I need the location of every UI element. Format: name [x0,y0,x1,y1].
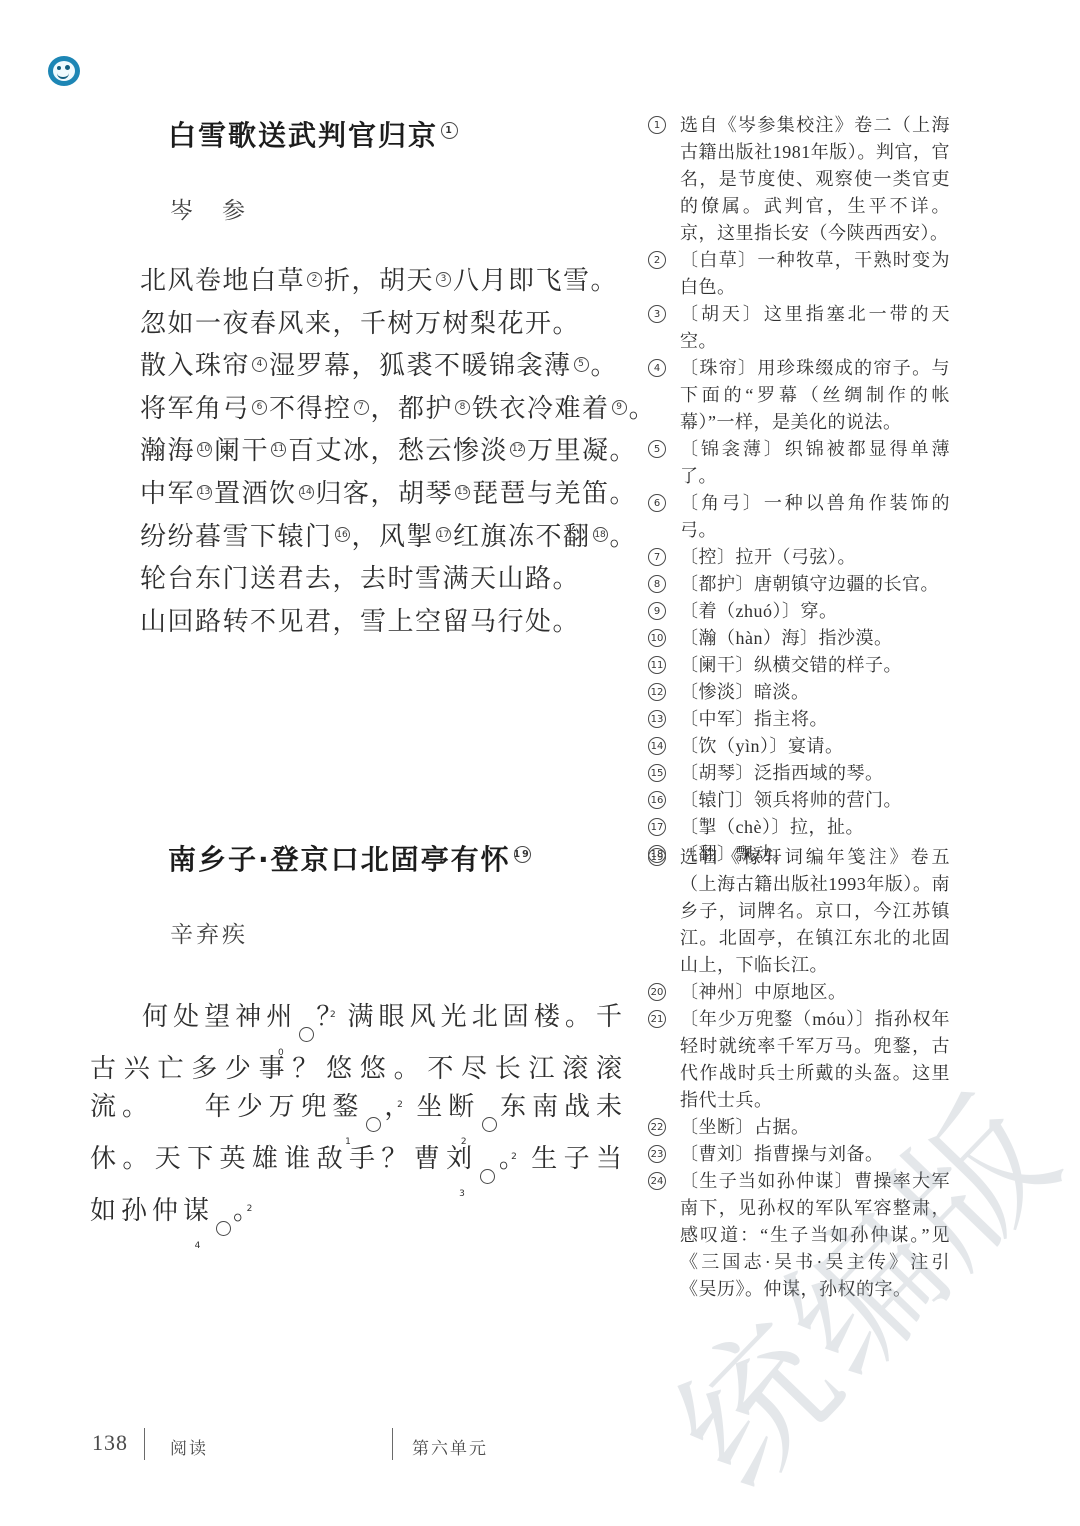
footnote-text: 选自《岑参集校注》卷二（上海古籍出版社1981年版）。判官，官名，是节度使、观察… [680,115,950,243]
page-footer: 138 阅读 第六单元 [0,1428,1080,1468]
text-segment: 折，胡天 [324,266,434,295]
text-segment: 八月即飞雪。 [453,266,618,295]
annotation-number: 21 [366,1117,381,1132]
annotation-number: 20 [299,1027,314,1042]
annotation-number: 6 [252,400,267,415]
footnote-number: 19 [648,848,666,866]
footnote-number: 2 [648,251,666,269]
footnote: 24 〔生子当如孙仲谋〕曹操率大军南下，见孙权的军队军容整肃，感叹道：“生子当如… [648,1168,950,1303]
text-segment: 中军 [140,479,195,508]
footnote-text: 〔曹刘〕指曹操与刘备。 [680,1144,884,1164]
poem-line: 散入珠帘4湿罗幕，狐裘不暖锦衾薄5。 [140,345,656,388]
footnote-number: 8 [648,575,666,593]
footnote-number: 22 [648,1118,666,1136]
annotation-number: 4 [252,357,267,372]
poem1-title-note-number: 1 [441,122,458,139]
footnote-text: 〔着（zhuó）〕穿。 [680,601,838,621]
footnote: 11 〔阑干〕纵横交错的样子。 [648,652,950,679]
text-segment: 琵琶与羌笛。 [472,479,637,508]
footnote-number: 5 [648,440,666,458]
footnote-text: 〔惨淡〕暗淡。 [680,682,810,702]
text-segment: 百丈冰，愁云惨淡 [288,436,508,465]
footnote-text: 〔锦衾薄〕织锦被都显得单薄了。 [680,439,950,486]
footnote: 9 〔着（zhuó）〕穿。 [648,598,950,625]
smiley-logo-icon [48,56,80,86]
text-segment: 纷纷暮雪下辕门 [140,522,333,551]
text-segment: 湿罗幕，狐裘不暖锦衾薄 [269,351,572,380]
annotation-number: 3 [436,272,451,287]
text-segment: 。 [591,351,619,380]
text-segment: ，风掣 [352,522,435,551]
footnote-number: 17 [648,818,666,836]
text-segment: 铁衣冷难着 [472,394,610,423]
footnote-number: 13 [648,710,666,728]
footnotes-block-1: 1 选自《岑参集校注》卷二（上海古籍出版社1981年版）。判官，官名，是节度使、… [648,112,950,868]
annotation-number: 7 [354,400,369,415]
annotation-number: 14 [299,485,314,500]
footnote-text: 〔坐断〕占据。 [680,1117,810,1137]
text-segment: 万里凝。 [527,436,637,465]
footnote-text: 〔瀚（hàn）海〕指沙漠。 [680,628,893,648]
footnote: 6 〔角弓〕一种以兽角作装饰的弓。 [648,490,950,544]
footnote-text: 〔阑干〕纵横交错的样子。 [680,655,902,675]
text-segment: 北风卷地白草 [140,266,305,295]
footer-divider-1 [144,1428,145,1460]
footnote-text: 〔胡天〕这里指塞北一带的天空。 [680,304,950,351]
footnote-text: 〔胡琴〕泛指西域的琴。 [680,763,884,783]
logo-mouth [57,70,69,79]
text-segment: 不得控 [269,394,352,423]
annotation-number: 15 [455,485,470,500]
footnote-number: 9 [648,602,666,620]
poem-line: 忽如一夜春风来，千树万树梨花开。 [140,303,656,346]
poem2-title-note-number: 19 [514,846,531,863]
footnote-number: 1 [648,116,666,134]
footnote-number: 14 [648,737,666,755]
footnote-number: 21 [648,1010,666,1028]
footnote: 3 〔胡天〕这里指塞北一带的天空。 [648,301,950,355]
poem-line: 轮台东门送君去，去时雪满天山路。 [140,558,656,601]
footnote-text: 〔珠帘〕用珍珠缀成的帘子。与下面的“罗幕（丝绸制作的帐幕）”一样，是美化的说法。 [680,358,950,432]
footnote: 16 〔辕门〕领兵将帅的营门。 [648,787,950,814]
poem-line: 山回路转不见君，雪上空留马行处。 [140,601,656,644]
annotation-number: 8 [455,400,470,415]
annotation-number: 10 [197,442,212,457]
footnote: 15 〔胡琴〕泛指西域的琴。 [648,760,950,787]
page-number: 138 [92,1430,128,1456]
footer-divider-2 [392,1428,393,1460]
annotation-number: 22 [482,1117,497,1132]
annotation-number: 24 [216,1221,231,1236]
text-segment: 将军角弓 [140,394,250,423]
footer-section-label: 阅读 [170,1434,208,1459]
footer-unit-label: 第六单元 [412,1434,488,1459]
footnote: 19 选自《稼轩词编年笺注》卷五（上海古籍出版社1993年版）。南乡子，词牌名。… [648,844,950,979]
poem2-body: 何处望神州20？满眼风光北固楼。千古兴亡多少事？悠悠。不尽长江滚滚流。 年少万兜… [90,998,627,1244]
text-segment: 何处望神州 [142,1002,297,1031]
footnote: 2 〔白草〕一种牧草，干熟时变为白色。 [648,247,950,301]
footnote: 23 〔曹刘〕指曹操与刘备。 [648,1141,950,1168]
footnote-text: 〔生子当如孙仲谋〕曹操率大军南下，见孙权的军队军容整肃，感叹道：“生子当如孙仲谋… [680,1171,950,1299]
footnote: 4 〔珠帘〕用珍珠缀成的帘子。与下面的“罗幕（丝绸制作的帐幕）”一样，是美化的说… [648,355,950,436]
footnote-number: 3 [648,305,666,323]
footnote-number: 7 [648,548,666,566]
text-segment: 。 [610,522,638,551]
poem1-title-text: 白雪歌送武判官归京 [168,119,438,152]
poem1-title: 白雪歌送武判官归京1 [168,114,458,154]
text-segment: 红旗冻不翻 [453,522,591,551]
footnote: 10 〔瀚（hàn）海〕指沙漠。 [648,625,950,652]
footnote: 8 〔都护〕唐朝镇守边疆的长官。 [648,571,950,598]
annotation-number: 16 [335,527,350,542]
annotation-number: 12 [510,442,525,457]
footnote-number: 12 [648,683,666,701]
annotation-number: 5 [574,357,589,372]
textbook-page: 白雪歌送武判官归京1 岑 参 北风卷地白草2折，胡天3八月即飞雪。忽如一夜春风来… [0,0,1080,1526]
poem1-lines: 北风卷地白草2折，胡天3八月即飞雪。忽如一夜春风来，千树万树梨花开。散入珠帘4湿… [140,260,656,643]
poem2-title: 南乡子·登京口北固亭有怀19 [168,838,531,878]
poem-line: 瀚海10阑干11百丈冰，愁云惨淡12万里凝。 [140,430,656,473]
footnote-text: 〔白草〕一种牧草，干熟时变为白色。 [680,250,950,297]
annotation-number: 18 [593,527,608,542]
poem1-author: 岑 参 [170,192,248,225]
text-segment: 轮台东门送君去，去时雪满天山路。 [140,564,580,593]
footnote-text: 选自《稼轩词编年笺注》卷五（上海古籍出版社1993年版）。南乡子，词牌名。京口，… [680,847,950,975]
text-segment: 归客，胡琴 [316,479,454,508]
footnotes-block-2: 19 选自《稼轩词编年笺注》卷五（上海古籍出版社1993年版）。南乡子，词牌名。… [648,844,950,1303]
footnote: 7 〔控〕拉开（弓弦）。 [648,544,950,571]
footnote-text: 〔中军〕指主将。 [680,709,828,729]
footnote: 17 〔掣（chè）〕拉，扯。 [648,814,950,841]
footnote: 1 选自《岑参集校注》卷二（上海古籍出版社1981年版）。判官，官名，是节度使、… [648,112,950,247]
poem-line: 北风卷地白草2折，胡天3八月即飞雪。 [140,260,656,303]
footnote-number: 16 [648,791,666,809]
footnote: 20 〔神州〕中原地区。 [648,979,950,1006]
footnote-number: 20 [648,983,666,1001]
footnote-text: 〔角弓〕一种以兽角作装饰的弓。 [680,493,950,540]
poem-line: 将军角弓6不得控7，都护8铁衣冷难着9。 [140,388,656,431]
poem2-title-text: 南乡子·登京口北固亭有怀 [168,843,511,876]
footnote: 22 〔坐断〕占据。 [648,1114,950,1141]
footnote-number: 24 [648,1172,666,1190]
footnote: 21 〔年少万兜鍪（móu）〕指孙权年轻时就统率千军万马。兜鍪，古代作战时兵士所… [648,1006,950,1114]
text-segment: 瀚海 [140,436,195,465]
text-segment: ，都护 [371,394,454,423]
footnote-text: 〔饮（yìn）〕宴请。 [680,736,844,756]
annotation-number: 13 [197,485,212,500]
footnote: 5 〔锦衾薄〕织锦被都显得单薄了。 [648,436,950,490]
text-segment: 置酒饮 [214,479,297,508]
footnote-text: 〔神州〕中原地区。 [680,982,847,1002]
footnote: 12 〔惨淡〕暗淡。 [648,679,950,706]
footnote-text: 〔都护〕唐朝镇守边疆的长官。 [680,574,939,594]
footnote: 13 〔中军〕指主将。 [648,706,950,733]
poem2-author: 辛弃疾 [170,916,248,949]
text-segment: 散入珠帘 [140,351,250,380]
text-segment: 忽如一夜春风来，千树万树梨花开。 [140,309,580,338]
footnote: 14 〔饮（yìn）〕宴请。 [648,733,950,760]
footnote-number: 11 [648,656,666,674]
poem-line: 中军13置酒饮14归客，胡琴15琵琶与羌笛。 [140,473,656,516]
annotation-number: 17 [436,527,451,542]
annotation-number: 9 [612,400,627,415]
text-segment: 山回路转不见君，雪上空留马行处。 [140,607,580,636]
footnote-text: 〔辕门〕领兵将帅的营门。 [680,790,902,810]
footnote-number: 10 [648,629,666,647]
footnote-text: 〔年少万兜鍪（móu）〕指孙权年轻时就统率千军万马。兜鍪，古代作战时兵士所戴的头… [680,1009,950,1110]
footnote-text: 〔掣（chè）〕拉，扯。 [680,817,864,837]
footnote-text: 〔控〕拉开（弓弦）。 [680,547,856,567]
footnote-number: 4 [648,359,666,377]
footnote-number: 23 [648,1145,666,1163]
annotation-number: 23 [480,1169,495,1184]
annotation-number: 2 [307,272,322,287]
text-segment: 阑干 [214,436,269,465]
footnote-number: 6 [648,494,666,512]
footnote-number: 15 [648,764,666,782]
poem-line: 纷纷暮雪下辕门16，风掣17红旗冻不翻18。 [140,516,656,559]
annotation-number: 11 [271,442,286,457]
